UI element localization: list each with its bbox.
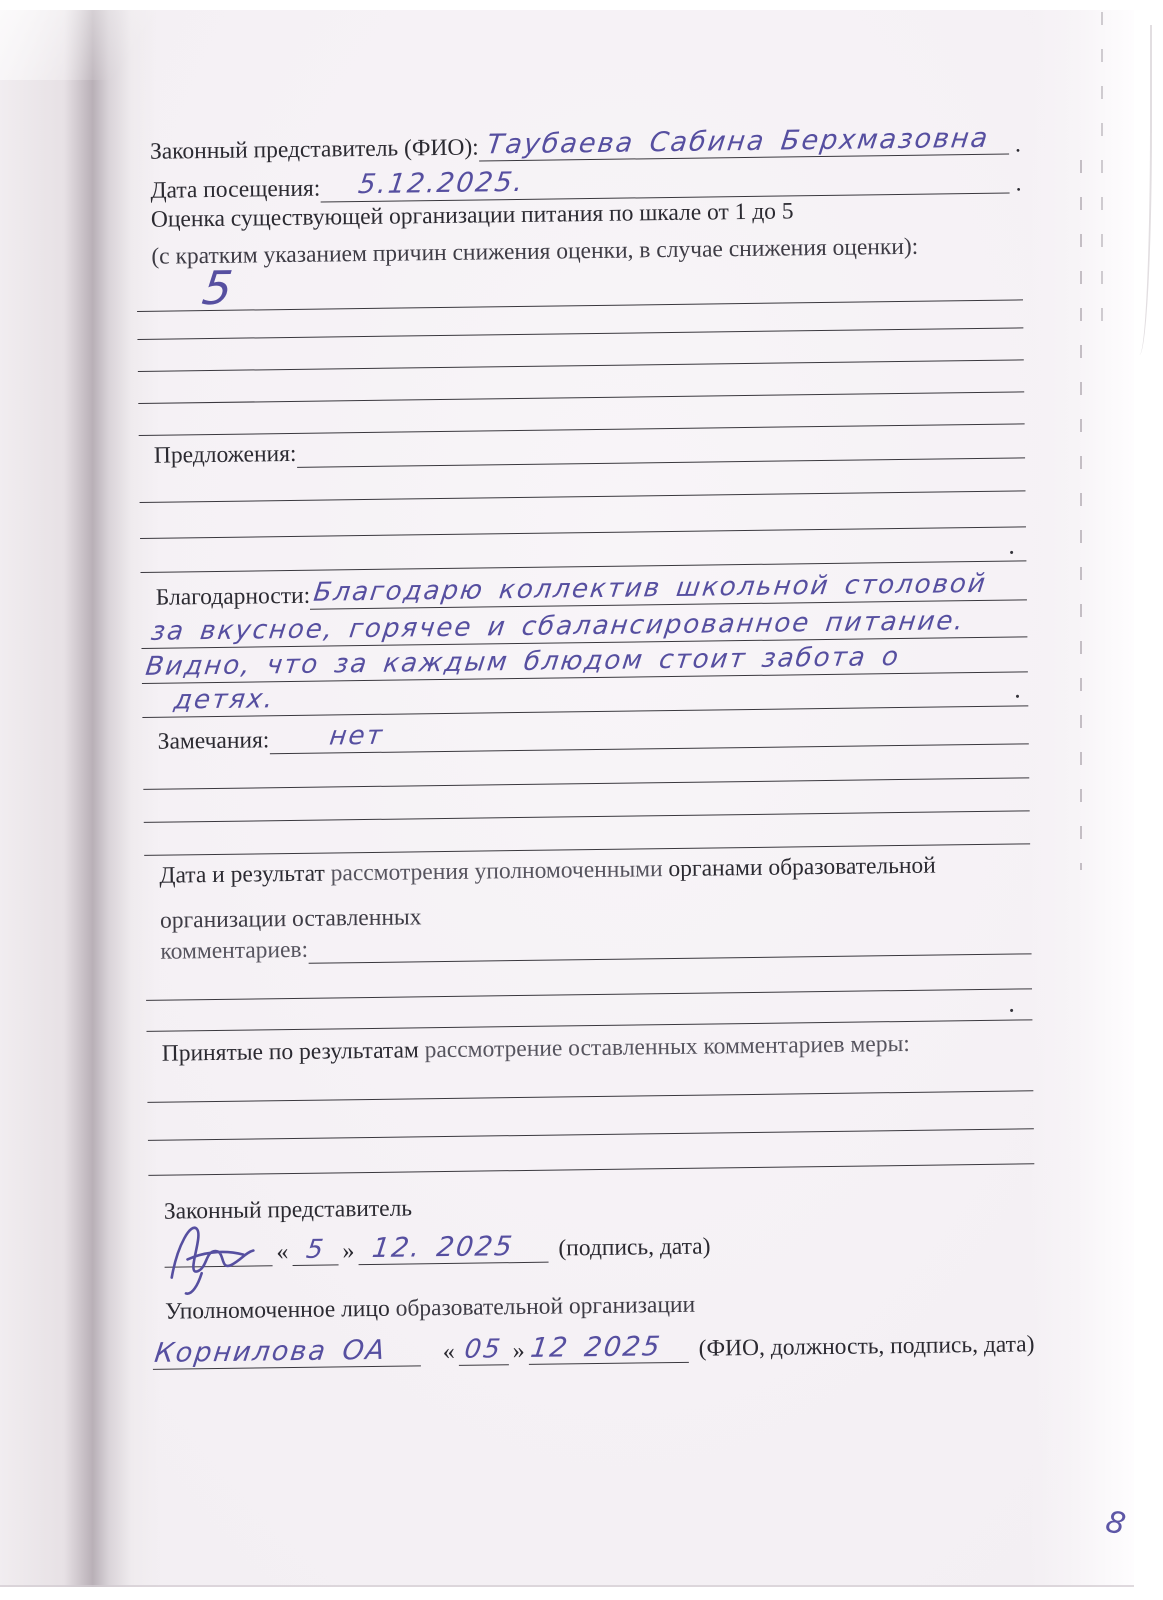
line-end-period: . bbox=[1009, 135, 1021, 154]
line-end-period: . bbox=[1008, 989, 1015, 1019]
line-end-period: . bbox=[1008, 531, 1015, 561]
perforation-dashes-short bbox=[1101, 12, 1103, 332]
authorized-caption: (ФИО, должность, подпись, дата) bbox=[689, 1331, 1035, 1363]
review-line1-part-b: рассмотрения уполномоченными bbox=[330, 856, 662, 886]
rep-date-handwritten: 12. 2025 bbox=[356, 1231, 515, 1264]
review-line1-part-a: Дата и результат bbox=[159, 861, 325, 889]
gratitude-label: Благодарности: bbox=[141, 583, 311, 612]
perforation-dashes-long bbox=[1080, 160, 1082, 870]
gratitude-handwritten-line4: детях. bbox=[172, 684, 276, 715]
authorized-label: Уполномоченное лицо образовательной орга… bbox=[150, 1286, 1036, 1326]
review-line1: Дата и результат рассмотрения уполномоче… bbox=[144, 850, 1030, 890]
rep-signature-caption: (подпись, дата) bbox=[548, 1234, 710, 1263]
review-line1-part-c: органами образовательной bbox=[668, 853, 936, 882]
authorized-date-handwritten: 12 2025 bbox=[527, 1331, 664, 1364]
line-end-period: . bbox=[1014, 674, 1021, 704]
rep-signature-day-line[interactable]: 5 bbox=[292, 1234, 338, 1266]
close-quote: » bbox=[509, 1338, 529, 1365]
page-right-fold bbox=[1030, 10, 1134, 1587]
authorized-name-line[interactable]: Корнилова ОА bbox=[153, 1334, 421, 1370]
form-content: Законный представитель (ФИО): Таубаева С… bbox=[133, 0, 1040, 1600]
rep-signature-label: Законный представитель bbox=[149, 1186, 1035, 1226]
close-quote: » bbox=[338, 1238, 358, 1265]
rep-signature-line[interactable] bbox=[165, 1265, 273, 1267]
rep-signature-date-line[interactable]: 12. 2025 bbox=[358, 1231, 548, 1265]
open-quote: « bbox=[421, 1339, 459, 1366]
rep-day-handwritten: 5 bbox=[304, 1235, 326, 1265]
authorized-label-part-a: Уполномоченное лицо bbox=[165, 1296, 390, 1325]
scanned-form-page: { "doc": { "legal_rep": { "label": "Зако… bbox=[0, 0, 1163, 1600]
authorized-day-handwritten: 05 bbox=[463, 1334, 504, 1365]
authorized-date-line[interactable]: 12 2025 bbox=[528, 1331, 688, 1365]
review-comments-label: комментариев: bbox=[145, 937, 308, 966]
legal-representative-handwritten-name: Таубаева Сабина Берхмазовна bbox=[477, 123, 991, 161]
visit-date-handwritten: 5.12.2025. bbox=[318, 167, 526, 201]
remarks-handwritten: нет bbox=[267, 721, 385, 753]
authorized-day-line[interactable]: 05 bbox=[459, 1334, 509, 1366]
legal-representative-label: Законный представитель (ФИО): bbox=[135, 134, 479, 166]
authorized-handwritten-name: Корнилова ОА bbox=[151, 1335, 389, 1369]
authorized-signature-row: Корнилова ОА « 05 » 12 2025 (ФИО, должно… bbox=[150, 1322, 1036, 1370]
line-end-period: . bbox=[1009, 174, 1021, 193]
open-quote: « bbox=[272, 1239, 292, 1266]
visit-date-label: Дата посещения: bbox=[135, 176, 320, 205]
underlying-page-edge bbox=[1134, 25, 1152, 355]
rep-signature-row: « 5 » 12. 2025 (подпись, дата) bbox=[149, 1220, 1024, 1267]
authorized-label-part-b: образовательной организации bbox=[395, 1292, 695, 1322]
